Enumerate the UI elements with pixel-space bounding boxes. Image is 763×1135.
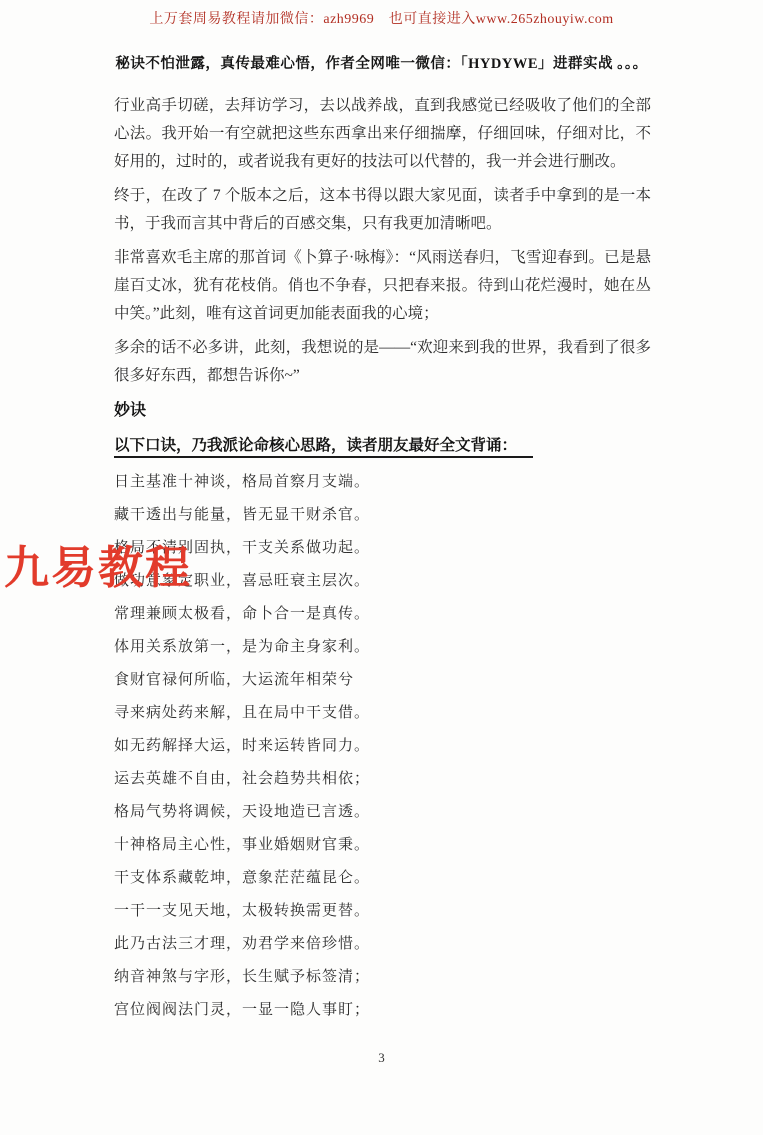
document-page: 上万套周易教程请加微信：azh9969 也可直接进入www.265zhouyiw… (0, 0, 763, 1135)
verse-line: 干支体系藏乾坤，意象茫茫蕴昆仑。 (114, 862, 651, 895)
header-notice: 上万套周易教程请加微信：azh9969 也可直接进入www.265zhouyiw… (0, 8, 763, 28)
verse-line: 体用关系放第一，是为命主身家利。 (114, 631, 651, 664)
verse-line: 纳音神煞与字形，长生赋予标签清； (114, 961, 651, 994)
section-intro: 以下口诀，乃我派论命核心思路，读者朋友最好全文背诵： (114, 434, 651, 458)
verse-line: 运去英雄不自由，社会趋势共相依； (114, 763, 651, 796)
paragraph: 非常喜欢毛主席的那首词《卜算子·咏梅》：“风雨送春归，飞雪迎春到。已是悬崖百丈冰… (114, 244, 651, 328)
paragraph: 多余的话不必多讲，此刻，我想说的是——“欢迎来到我的世界，我看到了很多很多好东西… (114, 334, 651, 390)
verse-line: 格局气势将调候，天设地造已言透。 (114, 796, 651, 829)
verse-line: 藏干透出与能量，皆无显干财杀官。 (114, 499, 651, 532)
verse-line: 此乃古法三才理，劝君学来倍珍惜。 (114, 928, 651, 961)
verse-line: 格局不清别固执，干支关系做功起。 (114, 532, 651, 565)
verse-line: 做功意象定职业，喜忌旺衰主层次。 (114, 565, 651, 598)
section-heading: 妙诀 (114, 400, 651, 422)
verse-line: 十神格局主心性，事业婚姻财官秉。 (114, 829, 651, 862)
verse-line: 如无药解择大运，时来运转皆同力。 (114, 730, 651, 763)
verse-line: 食财官禄何所临，大运流年相荣兮 (114, 664, 651, 697)
subtitle-line: 秘诀不怕泄露，真传最难心悟，作者全网唯一微信：「HYDYWE」进群实战 。。。 (0, 52, 763, 73)
verse-line: 寻来病处药来解，且在局中干支借。 (114, 697, 651, 730)
page-number: 3 (0, 1050, 763, 1066)
paragraph: 终于，在改了 7 个版本之后，这本书得以跟大家见面，读者手中拿到的是一本书，于我… (114, 182, 651, 238)
paragraph: 行业高手切磋，去拜访学习，去以战养战，直到我感觉已经吸收了他们的全部心法。我开始… (114, 92, 651, 176)
section-intro-text: 以下口诀，乃我派论命核心思路，读者朋友最好全文背诵： (114, 437, 533, 458)
verse-line: 一干一支见天地，太极转换需更替。 (114, 895, 651, 928)
verse-list: 日主基准十神谈，格局首察月支端。 藏干透出与能量，皆无显干财杀官。 格局不清别固… (114, 466, 651, 1027)
watermark: 九易教程 (4, 544, 192, 592)
verse-line: 常理兼顾太极看，命卜合一是真传。 (114, 598, 651, 631)
verse-line: 日主基准十神谈，格局首察月支端。 (114, 466, 651, 499)
verse-line: 宫位阀阀法门灵，一显一隐人事盯； (114, 994, 651, 1027)
body-text: 行业高手切磋，去拜访学习，去以战养战，直到我感觉已经吸收了他们的全部心法。我开始… (114, 92, 651, 1027)
